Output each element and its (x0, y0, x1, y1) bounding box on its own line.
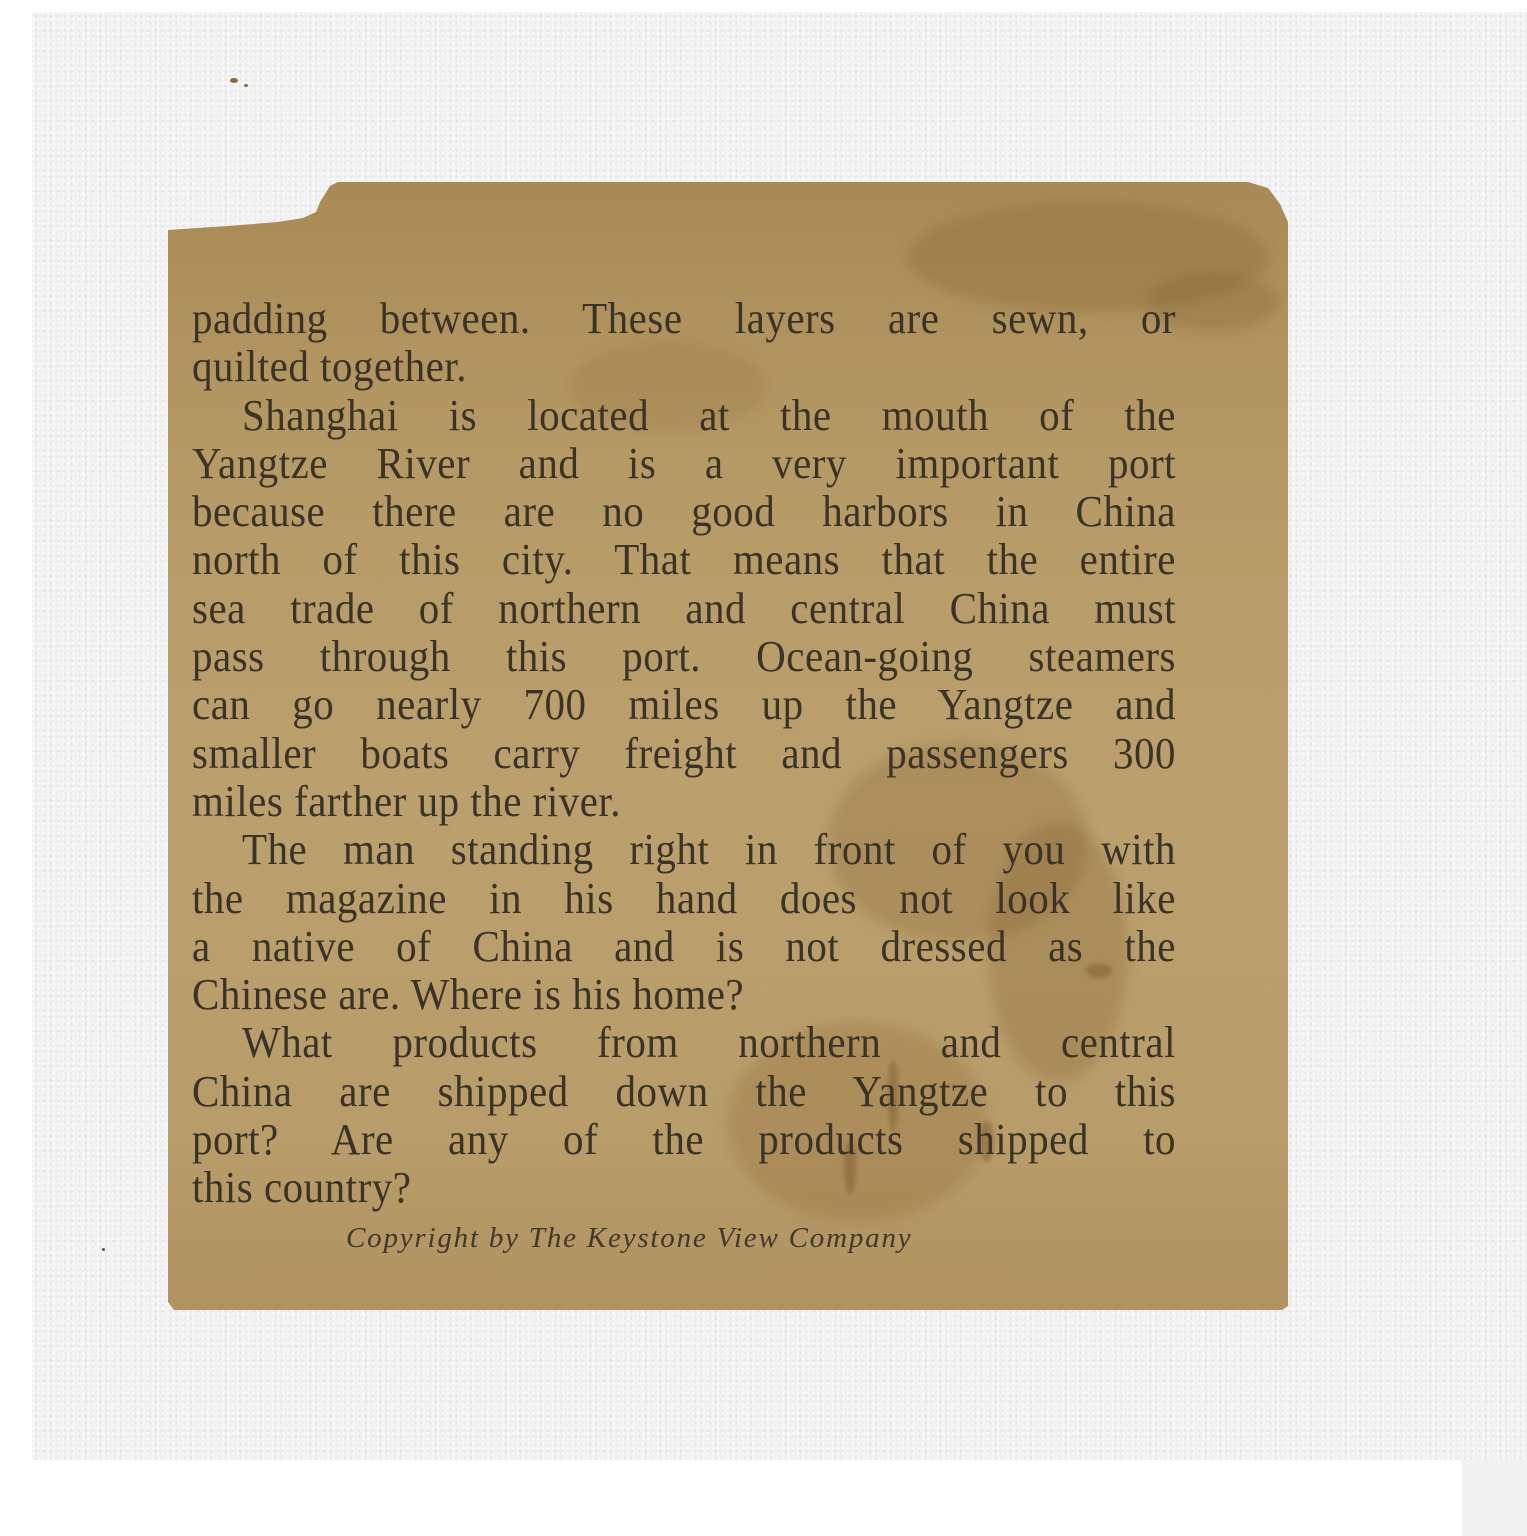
text-line: north of this city. That means that the … (192, 534, 1176, 586)
dust-speck (244, 84, 248, 87)
copyright-notice: Copyright by The Keystone View Company (346, 1222, 912, 1255)
text-line: pass through this port. Ocean-going stea… (192, 630, 1176, 682)
text-line: Shanghai is located at the mouth of the (192, 389, 1176, 441)
text-line: port? Are any of the products shipped to (192, 1113, 1176, 1165)
text-line: Yangtze River and is a very important po… (192, 437, 1176, 489)
text-line: What products from northern and central (192, 1017, 1176, 1069)
stereoview-card: padding between. These layers are sewn, … (168, 182, 1288, 1310)
text-line: China are shipped down the Yangtze to th… (192, 1065, 1176, 1117)
text-line: miles farther up the river. (192, 775, 1176, 827)
text-line: padding between. These layers are sewn, … (192, 292, 1176, 344)
text-line: Chinese are. Where is his home? (192, 968, 1176, 1020)
scanner-background-corner (1462, 1460, 1527, 1536)
dust-speck (102, 1248, 105, 1251)
text-line: The man standing right in front of you w… (192, 823, 1176, 875)
text-line: because there are no good harbors in Chi… (192, 485, 1176, 537)
text-line: the magazine in his hand does not look l… (192, 872, 1176, 924)
text-line: quilted together. (192, 340, 1176, 392)
dust-speck (230, 78, 238, 83)
card-text: padding between. These layers are sewn, … (192, 294, 1176, 1212)
text-line: this country? (192, 1161, 1176, 1213)
text-line: can go nearly 700 miles up the Yangtze a… (192, 678, 1176, 730)
text-line: a native of China and is not dressed as … (192, 920, 1176, 972)
text-line: sea trade of northern and central China … (192, 582, 1176, 634)
text-line: smaller boats carry freight and passenge… (192, 727, 1176, 779)
